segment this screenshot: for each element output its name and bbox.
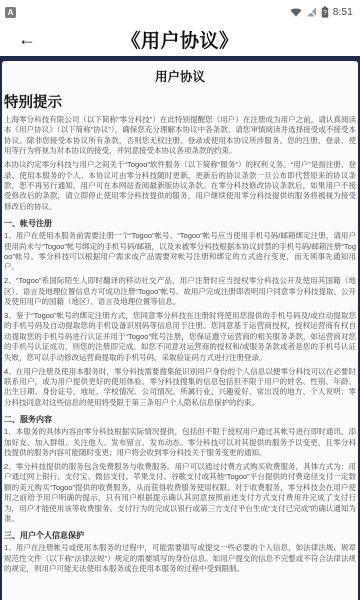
section-heading: 特别提示 <box>4 91 356 112</box>
nav-bar: ← 《用户协议》 <box>0 22 360 56</box>
agreement-title: 用户协议 <box>4 67 356 85</box>
agreement-section: 特别提示 上海零分科技有限公司（以下简称“零分科技”）在此特别提醒您（用户）在注… <box>4 91 356 212</box>
status-bar: A ? 8:51 <box>0 0 360 22</box>
agreement-paragraph: 上海零分科技有限公司（以下简称“零分科技”）在此特别提醒您（用户）在注册成为用户… <box>4 115 356 157</box>
wifi-icon <box>290 7 302 17</box>
agreement-paragraph: 1、本服务的具体内容由零分科技根据实际情况提供，包括但不限于授权用户通过其帐号进… <box>4 427 356 458</box>
agreement-paragraph: 3、鉴于“Togoo”帐号的绑定注册方式，您同意零分科技在注册时将使用您提供的手… <box>4 311 356 363</box>
agreement-scroll-area[interactable]: 用户协议 特别提示 上海零分科技有限公司（以下简称“零分科技”）在此特别提醒您（… <box>2 61 358 600</box>
section-heading: 二、服务内容 <box>4 414 356 425</box>
agreement-paragraph: 2、零分科技提供的服务包含免费服务与收费服务。用户可以通过付费方式购买收费服务，… <box>4 462 356 524</box>
agreement-paragraph: 4、在用户注册及使用本服务时，零分科技需要搜集能识别用户身份的个人信息以便零分科… <box>4 367 356 409</box>
agreement-paragraph: 1、用户在注册帐号或使用本服务的过程中，可能需要填写或提交一些必要的个人信息，如… <box>4 543 356 574</box>
agreement-paragraph: 本协议约定零分科技与用户之间关于“Togoo”软件服务（以下简称“服务”）的权利… <box>4 160 356 212</box>
agreement-section: 二、服务内容 1、本服务的具体内容由零分科技根据实际情况提供，包括但不限于授权用… <box>4 414 356 524</box>
page-title: 《用户协议》 <box>121 26 238 53</box>
battery-icon: ? <box>321 6 329 18</box>
svg-text:?: ? <box>323 10 327 17</box>
agreement-paragraph: 1、用户在使用本服务前需要注册一个“Togoo”帐号。“Togoo”帐号应当使用… <box>4 231 356 273</box>
clock-text: 8:51 <box>333 7 353 18</box>
no-signal-icon <box>306 7 317 17</box>
section-heading: 三、用户个人信息保护 <box>4 530 356 541</box>
agreement-body: 特别提示 上海零分科技有限公司（以下简称“零分科技”）在此特别提醒您（用户）在注… <box>4 91 356 575</box>
back-button[interactable]: ← <box>14 26 40 52</box>
notification-app-icon: A <box>5 7 16 18</box>
webview-frame: 用户协议 特别提示 上海零分科技有限公司（以下简称“零分科技”）在此特别提醒您（… <box>0 56 360 600</box>
back-arrow-icon: ← <box>18 29 36 49</box>
agreement-section: 一、帐号注册 1、用户在使用本服务前需要注册一个“Togoo”帐号。“Togoo… <box>4 218 356 408</box>
section-heading: 一、帐号注册 <box>4 218 356 229</box>
agreement-section: 三、用户个人信息保护 1、用户在注册帐号或使用本服务的过程中，可能需要填写或提交… <box>4 530 356 574</box>
agreement-paragraph: 2、“Togoo”系国际陌生人即时翻译的移动社交产品，用户注册时应当授权零分科技… <box>4 276 356 307</box>
